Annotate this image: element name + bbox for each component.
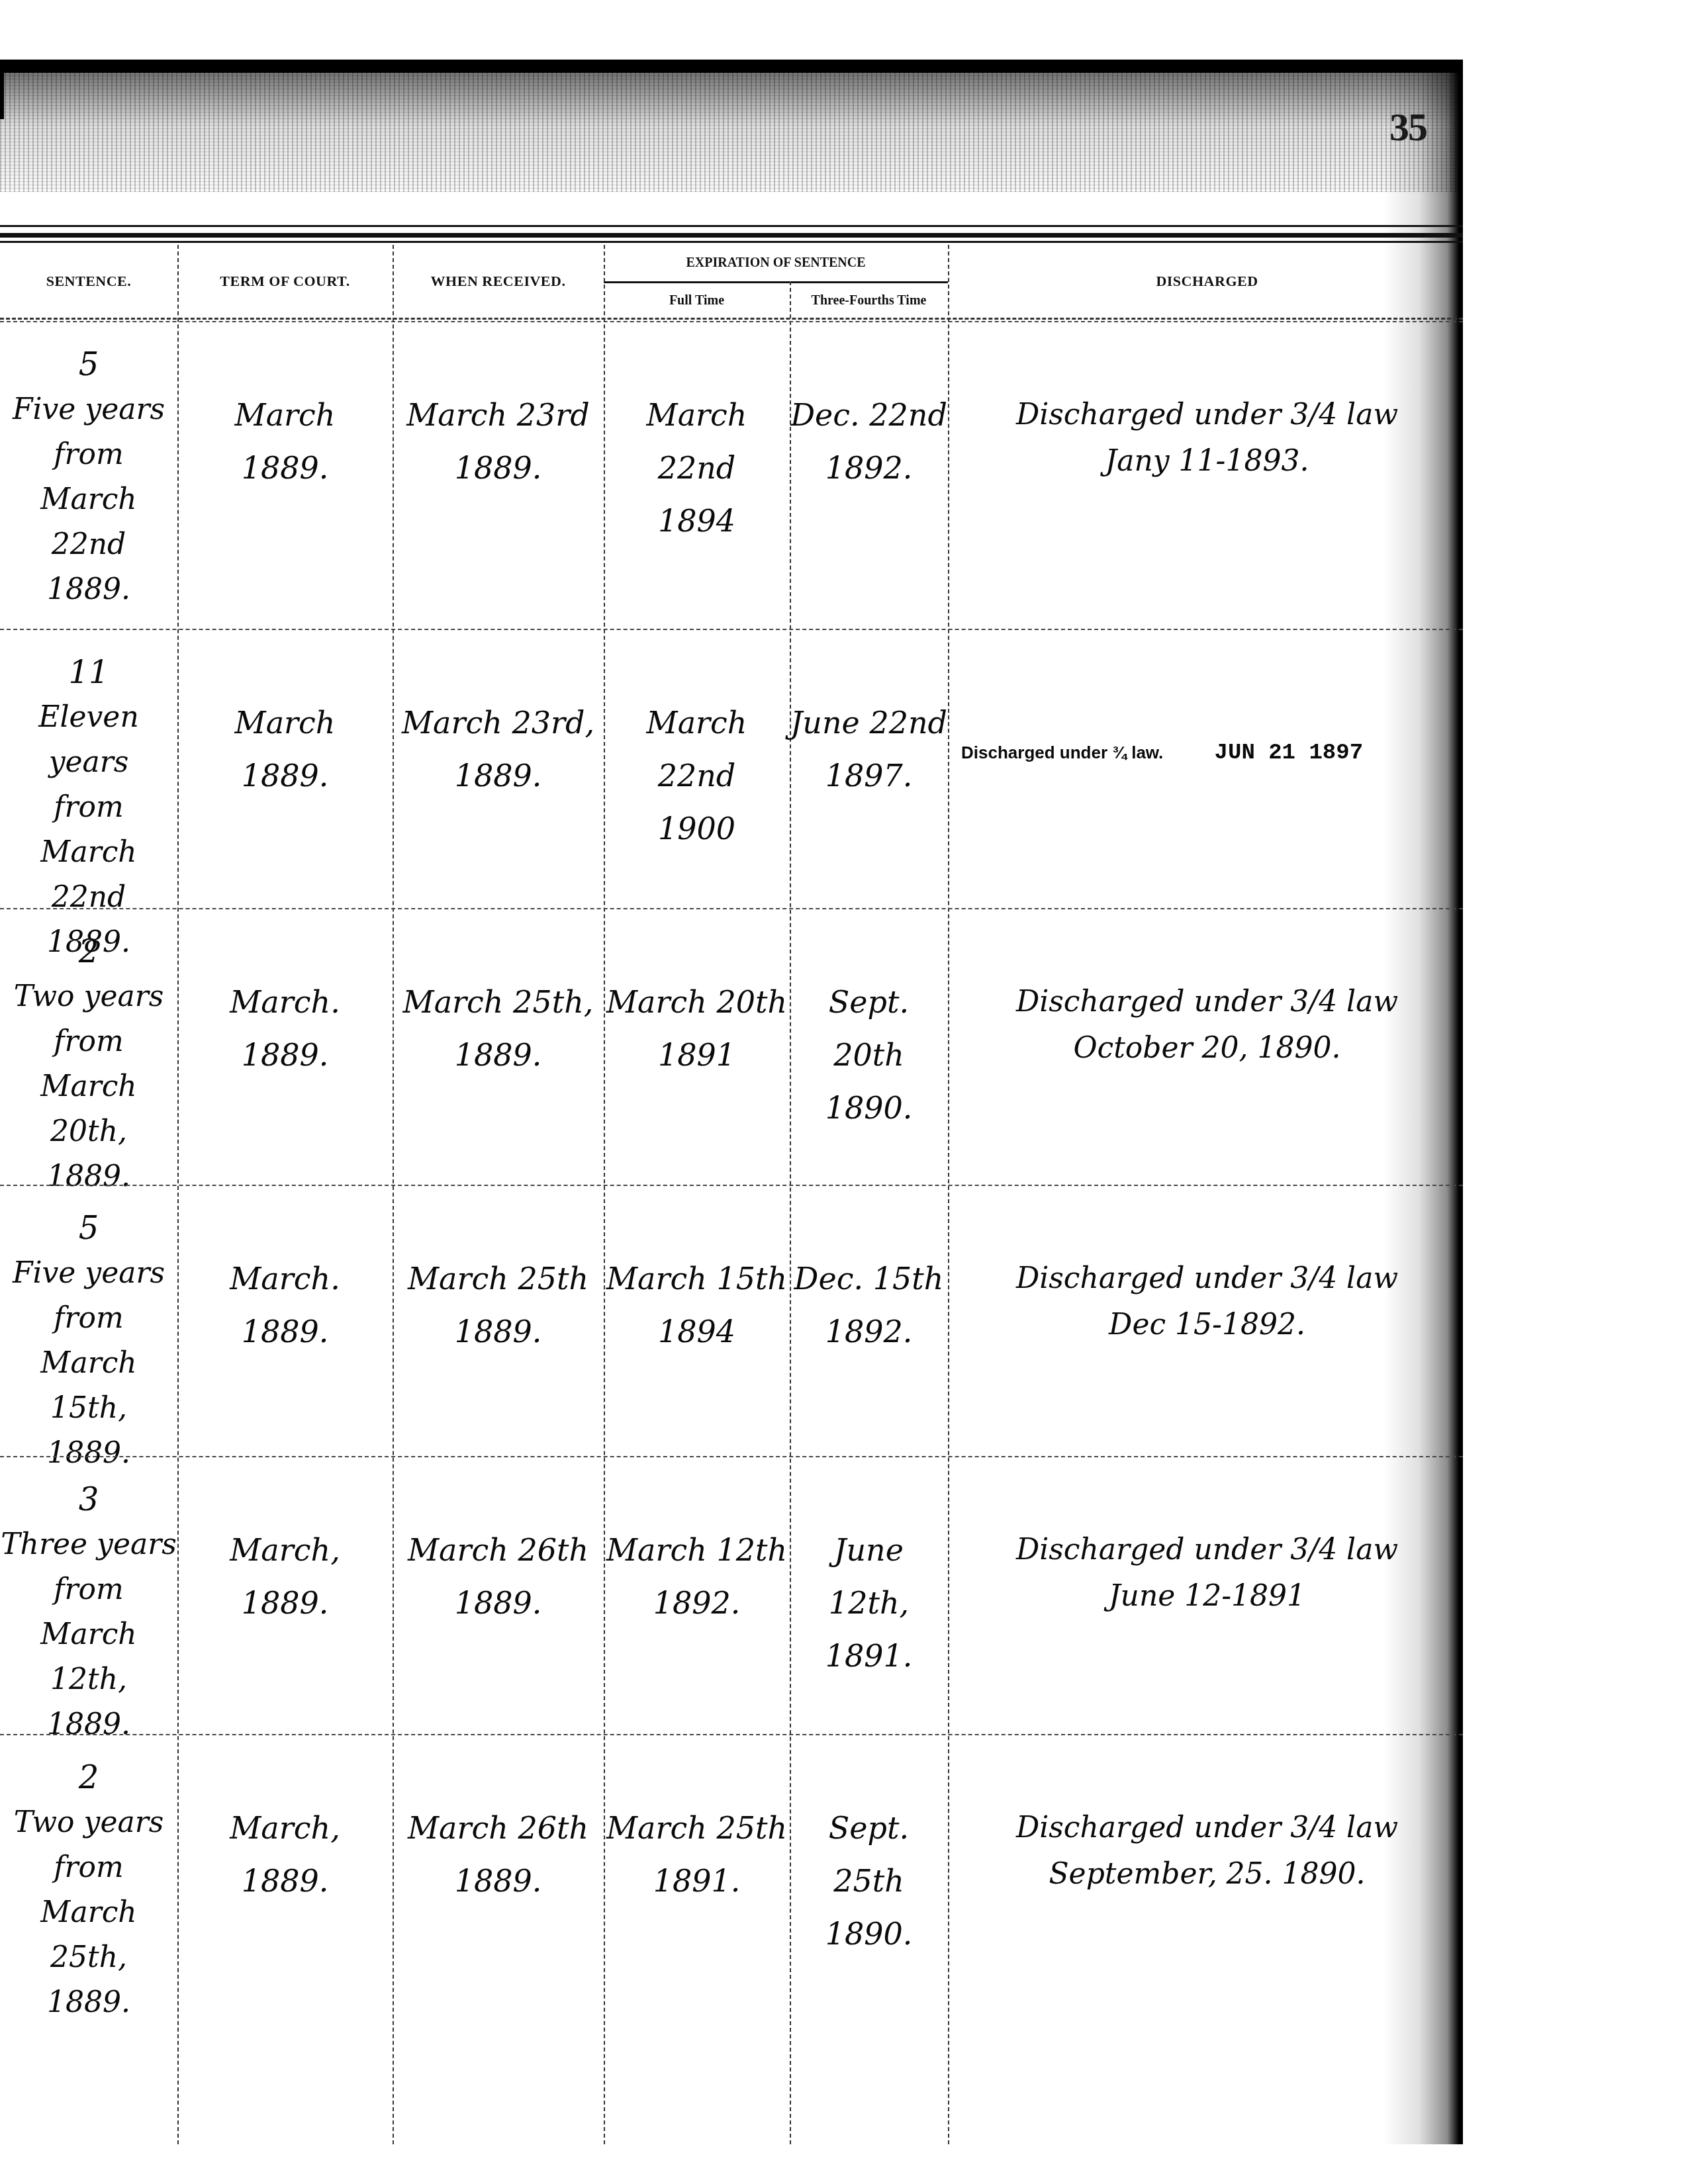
full-time-year: 1894 bbox=[604, 494, 790, 547]
term-year: 1889. bbox=[177, 1854, 393, 1907]
header-three-fourths-time: Three-Fourths Time bbox=[790, 283, 948, 318]
sentence-years: 2 bbox=[0, 1755, 177, 1800]
received-year: 1889. bbox=[393, 1305, 604, 1358]
sentence-line: Five years bbox=[0, 1251, 177, 1296]
discharged-cell: Discharged under 3/4 law September, 25. … bbox=[948, 1735, 1463, 1897]
stamp-date: JUN 21 1897 bbox=[1215, 741, 1363, 766]
ledger-page: 35 SENTENCE. TERM OF COURT. WHEN RECEIVE… bbox=[0, 60, 1463, 2144]
full-time-cell: March 20th 1891 bbox=[604, 909, 790, 1081]
table-row: 2 Two years from March 25th, 1889. March… bbox=[0, 1734, 1463, 2144]
table-row: 2 Two years from March 20th, 1889. March… bbox=[0, 908, 1463, 1186]
header-when-received: WHEN RECEIVED. bbox=[393, 245, 604, 318]
sentence-line: Five years bbox=[0, 387, 177, 432]
discharged-stamp: Discharged under ¾ law. JUN 21 1897 bbox=[948, 630, 1463, 776]
received-date: March 23rd, bbox=[393, 696, 604, 749]
sentence-line: 1889. bbox=[0, 1980, 177, 2025]
three-fourths-time-cell: Dec. 22nd 1892. bbox=[790, 322, 948, 494]
sentence-years: 3 bbox=[0, 1477, 177, 1522]
sentence-years: 2 bbox=[0, 929, 177, 974]
discharged-cell: Discharged under 3/4 law June 12-1891 bbox=[948, 1457, 1463, 1619]
table-row: 5 Five years from March 15th, 1889. Marc… bbox=[0, 1185, 1463, 1457]
three-fourths-date: Sept. 25th bbox=[790, 1801, 948, 1907]
term-month: March bbox=[177, 696, 393, 749]
received-date: March 26th bbox=[393, 1801, 604, 1854]
page-number: 35 bbox=[1389, 105, 1427, 150]
discharged-date: Dec 15-1892. bbox=[948, 1302, 1463, 1348]
sentence-line: March 22nd bbox=[0, 477, 177, 567]
three-fourths-year: 1892. bbox=[790, 441, 948, 494]
term-year: 1889. bbox=[177, 1028, 393, 1081]
received-date: March 23rd bbox=[393, 388, 604, 441]
three-fourths-date: Sept. 20th bbox=[790, 976, 948, 1081]
three-fourths-date: Dec. 15th bbox=[790, 1252, 948, 1305]
received-year: 1889. bbox=[393, 1854, 604, 1907]
term-year: 1889. bbox=[177, 749, 393, 802]
scan-shadow-band bbox=[0, 60, 1463, 73]
full-time-date: March 15th bbox=[604, 1252, 790, 1305]
discharged-note: Discharged under 3/4 law bbox=[948, 392, 1463, 438]
header-discharged: DISCHARGED bbox=[948, 245, 1463, 318]
three-fourths-time-cell: Sept. 20th 1890. bbox=[790, 909, 948, 1134]
term-month: March, bbox=[177, 1524, 393, 1576]
three-fourths-time-cell: June 12th, 1891. bbox=[790, 1457, 948, 1682]
discharged-note: Discharged under 3/4 law bbox=[948, 1805, 1463, 1851]
term-of-court-cell: March, 1889. bbox=[177, 1457, 393, 1629]
sentence-line: from bbox=[0, 1567, 177, 1612]
term-of-court-cell: March 1889. bbox=[177, 630, 393, 802]
full-time-year: 1900 bbox=[604, 802, 790, 855]
sentence-line: from bbox=[0, 1845, 177, 1890]
sentence-line: Eleven years bbox=[0, 695, 177, 785]
sentence-line: Two years bbox=[0, 1800, 177, 1845]
header-expiration-of-sentence: EXPIRATION OF SENTENCE bbox=[604, 245, 948, 281]
full-time-cell: March 22nd 1900 bbox=[604, 630, 790, 855]
received-date: March 26th bbox=[393, 1524, 604, 1576]
three-fourths-time-cell: June 22nd 1897. bbox=[790, 630, 948, 802]
sentence-line: March 15th, bbox=[0, 1341, 177, 1431]
three-fourths-year: 1897. bbox=[790, 749, 948, 802]
discharged-cell: Discharged under 3/4 law Dec 15-1892. bbox=[948, 1186, 1463, 1348]
sentence-line: from bbox=[0, 785, 177, 830]
three-fourths-date: June 12th, bbox=[790, 1524, 948, 1629]
when-received-cell: March 23rd, 1889. bbox=[393, 630, 604, 802]
scan-noise-header bbox=[0, 73, 1463, 192]
table-row: 3 Three years from March 12th, 1889. Mar… bbox=[0, 1456, 1463, 1735]
received-year: 1889. bbox=[393, 441, 604, 494]
discharged-date: June 12-1891 bbox=[948, 1573, 1463, 1619]
full-time-year: 1891. bbox=[604, 1854, 790, 1907]
three-fourths-time-cell: Dec. 15th 1892. bbox=[790, 1186, 948, 1358]
sentence-years: 5 bbox=[0, 342, 177, 387]
received-date: March 25th, bbox=[393, 976, 604, 1028]
when-received-cell: March 25th 1889. bbox=[393, 1186, 604, 1358]
full-time-date: March 22nd bbox=[604, 388, 790, 494]
discharged-date: September, 25. 1890. bbox=[948, 1851, 1463, 1897]
full-time-date: March 22nd bbox=[604, 696, 790, 802]
sentence-line: March 12th, bbox=[0, 1612, 177, 1702]
three-fourths-year: 1892. bbox=[790, 1305, 948, 1358]
term-of-court-cell: March 1889. bbox=[177, 322, 393, 494]
discharged-cell: Discharged under 3/4 law October 20, 189… bbox=[948, 909, 1463, 1071]
full-time-date: March 25th bbox=[604, 1801, 790, 1854]
sentence-line: from bbox=[0, 1296, 177, 1341]
full-time-year: 1891 bbox=[604, 1028, 790, 1081]
when-received-cell: March 26th 1889. bbox=[393, 1735, 604, 1907]
discharged-cell: Discharged under 3/4 law Jany 11-1893. bbox=[948, 322, 1463, 484]
discharged-note: Discharged under 3/4 law bbox=[948, 1255, 1463, 1302]
sentence-line: 1889. bbox=[0, 567, 177, 612]
full-time-cell: March 12th 1892. bbox=[604, 1457, 790, 1629]
sentence-cell: 3 Three years from March 12th, 1889. bbox=[0, 1457, 177, 1747]
received-date: March 25th bbox=[393, 1252, 604, 1305]
stamp-text: Discharged under ¾ law. bbox=[961, 743, 1163, 762]
sentence-line: from bbox=[0, 432, 177, 477]
term-month: March. bbox=[177, 976, 393, 1028]
three-fourths-date: June 22nd bbox=[790, 696, 948, 749]
term-month: March. bbox=[177, 1252, 393, 1305]
term-of-court-cell: March, 1889. bbox=[177, 1735, 393, 1907]
discharged-note: Discharged under 3/4 law bbox=[948, 979, 1463, 1025]
term-of-court-cell: March. 1889. bbox=[177, 909, 393, 1081]
term-year: 1889. bbox=[177, 1576, 393, 1629]
sentence-line: March 25th, bbox=[0, 1890, 177, 1980]
three-fourths-date: Dec. 22nd bbox=[790, 388, 948, 441]
sentence-line: Two years bbox=[0, 974, 177, 1019]
header-full-time: Full Time bbox=[604, 283, 790, 318]
sentence-years: 11 bbox=[0, 650, 177, 695]
table-row: 5 Five years from March 22nd 1889. March… bbox=[0, 321, 1463, 630]
header-rule-thick bbox=[0, 233, 1463, 238]
three-fourths-year: 1890. bbox=[790, 1907, 948, 1960]
term-month: March, bbox=[177, 1801, 393, 1854]
header-rule-bottom bbox=[0, 241, 1463, 243]
term-year: 1889. bbox=[177, 1305, 393, 1358]
full-time-cell: March 22nd 1894 bbox=[604, 322, 790, 547]
sentence-line: from bbox=[0, 1019, 177, 1064]
three-fourths-time-cell: Sept. 25th 1890. bbox=[790, 1735, 948, 1960]
discharged-date: October 20, 1890. bbox=[948, 1025, 1463, 1071]
when-received-cell: March 23rd 1889. bbox=[393, 322, 604, 494]
header-sentence: SENTENCE. bbox=[0, 245, 177, 318]
sentence-cell: 5 Five years from March 22nd 1889. bbox=[0, 322, 177, 612]
discharged-date: Jany 11-1893. bbox=[948, 438, 1463, 484]
sentence-years: 5 bbox=[0, 1206, 177, 1251]
sentence-line: Three years bbox=[0, 1522, 177, 1567]
received-year: 1889. bbox=[393, 1028, 604, 1081]
full-time-cell: March 25th 1891. bbox=[604, 1735, 790, 1907]
term-year: 1889. bbox=[177, 441, 393, 494]
discharged-note: Discharged under 3/4 law bbox=[948, 1527, 1463, 1573]
full-time-date: March 20th bbox=[604, 976, 790, 1028]
header-term-of-court: TERM OF COURT. bbox=[177, 245, 393, 318]
received-year: 1889. bbox=[393, 1576, 604, 1629]
term-month: March bbox=[177, 388, 393, 441]
sentence-cell: 2 Two years from March 25th, 1889. bbox=[0, 1735, 177, 2025]
sentence-cell: 2 Two years from March 20th, 1889. bbox=[0, 909, 177, 1199]
full-time-cell: March 15th 1894 bbox=[604, 1186, 790, 1358]
sentence-cell: 5 Five years from March 15th, 1889. bbox=[0, 1186, 177, 1476]
header-rule-top bbox=[0, 225, 1463, 227]
sentence-line: March 20th, bbox=[0, 1064, 177, 1154]
three-fourths-year: 1891. bbox=[790, 1629, 948, 1682]
received-year: 1889. bbox=[393, 749, 604, 802]
sentence-line: March 22nd bbox=[0, 830, 177, 920]
when-received-cell: March 25th, 1889. bbox=[393, 909, 604, 1081]
full-time-year: 1892. bbox=[604, 1576, 790, 1629]
expiration-subheader-rule bbox=[604, 281, 948, 283]
term-of-court-cell: March. 1889. bbox=[177, 1186, 393, 1358]
table-row: 11 Eleven years from March 22nd 1889. Ma… bbox=[0, 629, 1463, 909]
three-fourths-year: 1890. bbox=[790, 1081, 948, 1134]
full-time-date: March 12th bbox=[604, 1524, 790, 1576]
when-received-cell: March 26th 1889. bbox=[393, 1457, 604, 1629]
full-time-year: 1894 bbox=[604, 1305, 790, 1358]
